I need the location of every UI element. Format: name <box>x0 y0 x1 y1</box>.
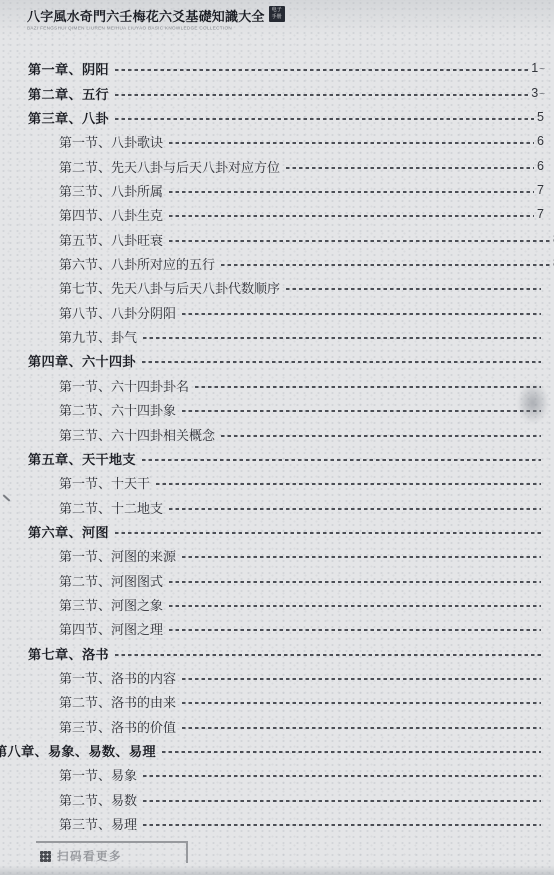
toc-row: 第三节、八卦所属 7 <box>0 176 554 200</box>
dotted-leader <box>115 94 528 96</box>
scan-mark: ~ <box>539 88 545 101</box>
toc-row: 第一节、河图的来源 <box>0 541 554 565</box>
toc-label: 第三节、六十四卦相关概念 <box>59 427 215 444</box>
toc-row: 第一节、易象 <box>0 760 554 784</box>
dotted-leader <box>195 386 541 388</box>
toc-row: 第六节、八卦所对应的五行 8 <box>0 249 554 273</box>
toc-label: 第二节、易数 <box>59 792 137 809</box>
toc-label: 第八节、八卦分阴阳 <box>59 305 176 322</box>
toc-row: 第七章、洛书 <box>0 638 554 662</box>
footer-scan-note: 扫码看更多 <box>40 848 122 864</box>
toc-label: 第二节、先天八卦与后天八卦对应方位 <box>59 159 280 176</box>
dotted-leader <box>143 800 541 802</box>
book-subtitle: BAZI FENGSHUI QIMEN LIUREN MEIHUA LIUYAO… <box>27 26 264 32</box>
dotted-leader <box>169 605 541 607</box>
toc-label: 第六节、八卦所对应的五行 <box>59 256 215 273</box>
toc-row: 第二节、十二地支 <box>0 492 554 516</box>
dotted-leader <box>156 483 541 485</box>
toc-label: 第七节、先天八卦与后天八卦代数顺序 <box>59 280 280 297</box>
toc-label: 第二节、洛书的由来 <box>59 694 176 711</box>
toc-row: 第五节、八卦旺衰 8 <box>0 224 554 248</box>
toc-page-number: 6 <box>537 134 544 149</box>
toc-page-number: 3 <box>531 86 538 101</box>
dotted-leader <box>286 288 541 290</box>
toc-row: 第五章、天干地支 <box>0 444 554 468</box>
toc-label: 第一节、易象 <box>59 767 137 784</box>
toc-label: 第一节、洛书的内容 <box>59 670 176 687</box>
toc-row: 第二节、易数 <box>0 784 554 808</box>
book-header: 八字風水奇門六壬梅花六爻基礎知識大全 电子 手册 BAZI FENGSHUI Q… <box>27 6 285 32</box>
toc-label: 第八章、易象、易数、易理 <box>0 743 156 760</box>
dotted-leader <box>169 191 534 193</box>
toc-label: 第一节、八卦歌诀 <box>59 134 163 151</box>
dotted-leader <box>143 337 541 339</box>
publisher-seal: 电子 手册 <box>269 6 285 22</box>
dotted-leader <box>162 751 541 753</box>
toc-label: 第三节、洛书的价值 <box>59 719 176 736</box>
toc-label: 第一节、六十四卦卦名 <box>59 378 189 395</box>
scan-more-label: 扫码看更多 <box>57 848 122 864</box>
toc-row: 第一节、十天干 <box>0 468 554 492</box>
toc-row: 第四章、六十四卦 <box>0 346 554 370</box>
toc-page-number: 7 <box>537 207 544 222</box>
toc-row: 第四节、河图之理 <box>0 614 554 638</box>
dotted-leader <box>115 654 541 656</box>
seal-text-bottom: 手册 <box>269 14 285 21</box>
toc-row: 第二节、六十四卦象 <box>0 395 554 419</box>
toc-row: 第三节、易理 <box>0 809 554 833</box>
table-of-contents: 第一章、阴阳 1 ~ 第二章、五行 3 ~ 第三章、八卦 5 第一节、八卦歌诀 … <box>0 54 554 833</box>
toc-row: 第八章、易象、易数、易理 <box>0 736 554 760</box>
toc-row: 第四节、八卦生克 7 <box>0 200 554 224</box>
dotted-leader <box>182 556 541 558</box>
toc-row: 第七节、先天八卦与后天八卦代数顺序 <box>0 273 554 297</box>
toc-label: 第三章、八卦 <box>28 110 109 127</box>
dotted-leader <box>182 313 541 315</box>
toc-row: 第二节、洛书的由来 <box>0 687 554 711</box>
toc-label: 第七章、洛书 <box>28 646 109 663</box>
toc-row: 第一节、八卦歌诀 6 <box>0 127 554 151</box>
toc-label: 第四章、六十四卦 <box>28 353 136 370</box>
dotted-leader <box>115 532 541 534</box>
toc-label: 第二节、十二地支 <box>59 500 163 517</box>
toc-label: 第六章、河图 <box>28 524 109 541</box>
toc-row: 第三章、八卦 5 <box>0 103 554 127</box>
scan-smudge <box>517 382 549 424</box>
book-title: 八字風水奇門六壬梅花六爻基礎知識大全 <box>27 6 265 25</box>
dotted-leader <box>169 142 534 144</box>
toc-row: 第八节、八卦分阴阳 <box>0 297 554 321</box>
toc-label: 第三节、易理 <box>59 816 137 833</box>
toc-label: 第五章、天干地支 <box>28 451 136 468</box>
dotted-leader <box>142 459 541 461</box>
toc-row: 第三节、六十四卦相关概念 <box>0 419 554 443</box>
scanned-page: 八字風水奇門六壬梅花六爻基礎知識大全 电子 手册 BAZI FENGSHUI Q… <box>0 0 554 875</box>
dotted-leader <box>115 118 534 120</box>
toc-label: 第二章、五行 <box>28 86 109 103</box>
toc-label: 第三节、河图之象 <box>59 597 163 614</box>
toc-page-number: 7 <box>537 183 544 198</box>
toc-row: 第三节、河图之象 <box>0 590 554 614</box>
toc-row: 第六章、河图 <box>0 517 554 541</box>
dotted-leader <box>182 702 541 704</box>
toc-row: 第一节、六十四卦卦名 <box>0 370 554 394</box>
dotted-leader <box>169 215 534 217</box>
seal-text-top: 电子 <box>269 7 285 14</box>
dotted-leader <box>143 824 541 826</box>
toc-label: 第一章、阴阳 <box>28 61 109 78</box>
dotted-leader <box>182 410 541 412</box>
toc-label: 第二节、六十四卦象 <box>59 402 176 419</box>
toc-page-number: 5 <box>537 110 544 125</box>
toc-row: 第九节、卦气 <box>0 322 554 346</box>
dotted-leader <box>286 167 534 169</box>
toc-label: 第三节、八卦所属 <box>59 183 163 200</box>
dotted-leader <box>182 678 541 680</box>
toc-page-number: 6 <box>537 159 544 174</box>
toc-row: 第二节、先天八卦与后天八卦对应方位 6 <box>0 151 554 175</box>
toc-row: 第一章、阴阳 1 ~ <box>0 54 554 78</box>
toc-label: 第一节、十天干 <box>59 475 150 492</box>
dotted-leader <box>169 508 541 510</box>
toc-label: 第一节、河图的来源 <box>59 548 176 565</box>
dotted-leader <box>169 581 541 583</box>
toc-row: 第一节、洛书的内容 <box>0 663 554 687</box>
dotted-leader <box>182 727 541 729</box>
toc-label: 第二节、河图图式 <box>59 573 163 590</box>
dotted-leader <box>169 629 541 631</box>
toc-label: 第五节、八卦旺衰 <box>59 232 163 249</box>
toc-label: 第四节、八卦生克 <box>59 207 163 224</box>
toc-row: 第二章、五行 3 ~ <box>0 78 554 102</box>
toc-page-number: 1 <box>531 61 538 76</box>
dotted-leader <box>142 361 541 363</box>
toc-label: 第四节、河图之理 <box>59 621 163 638</box>
scan-mark: ~ <box>539 63 545 76</box>
dotted-leader <box>221 264 550 266</box>
dotted-leader <box>169 240 550 242</box>
dotted-leader <box>115 69 528 71</box>
qr-scan-icon <box>40 851 51 862</box>
dotted-leader <box>143 775 541 777</box>
toc-label: 第九节、卦气 <box>59 329 137 346</box>
toc-row: 第二节、河图图式 <box>0 565 554 589</box>
dotted-leader <box>221 435 541 437</box>
toc-row: 第三节、洛书的价值 <box>0 711 554 735</box>
